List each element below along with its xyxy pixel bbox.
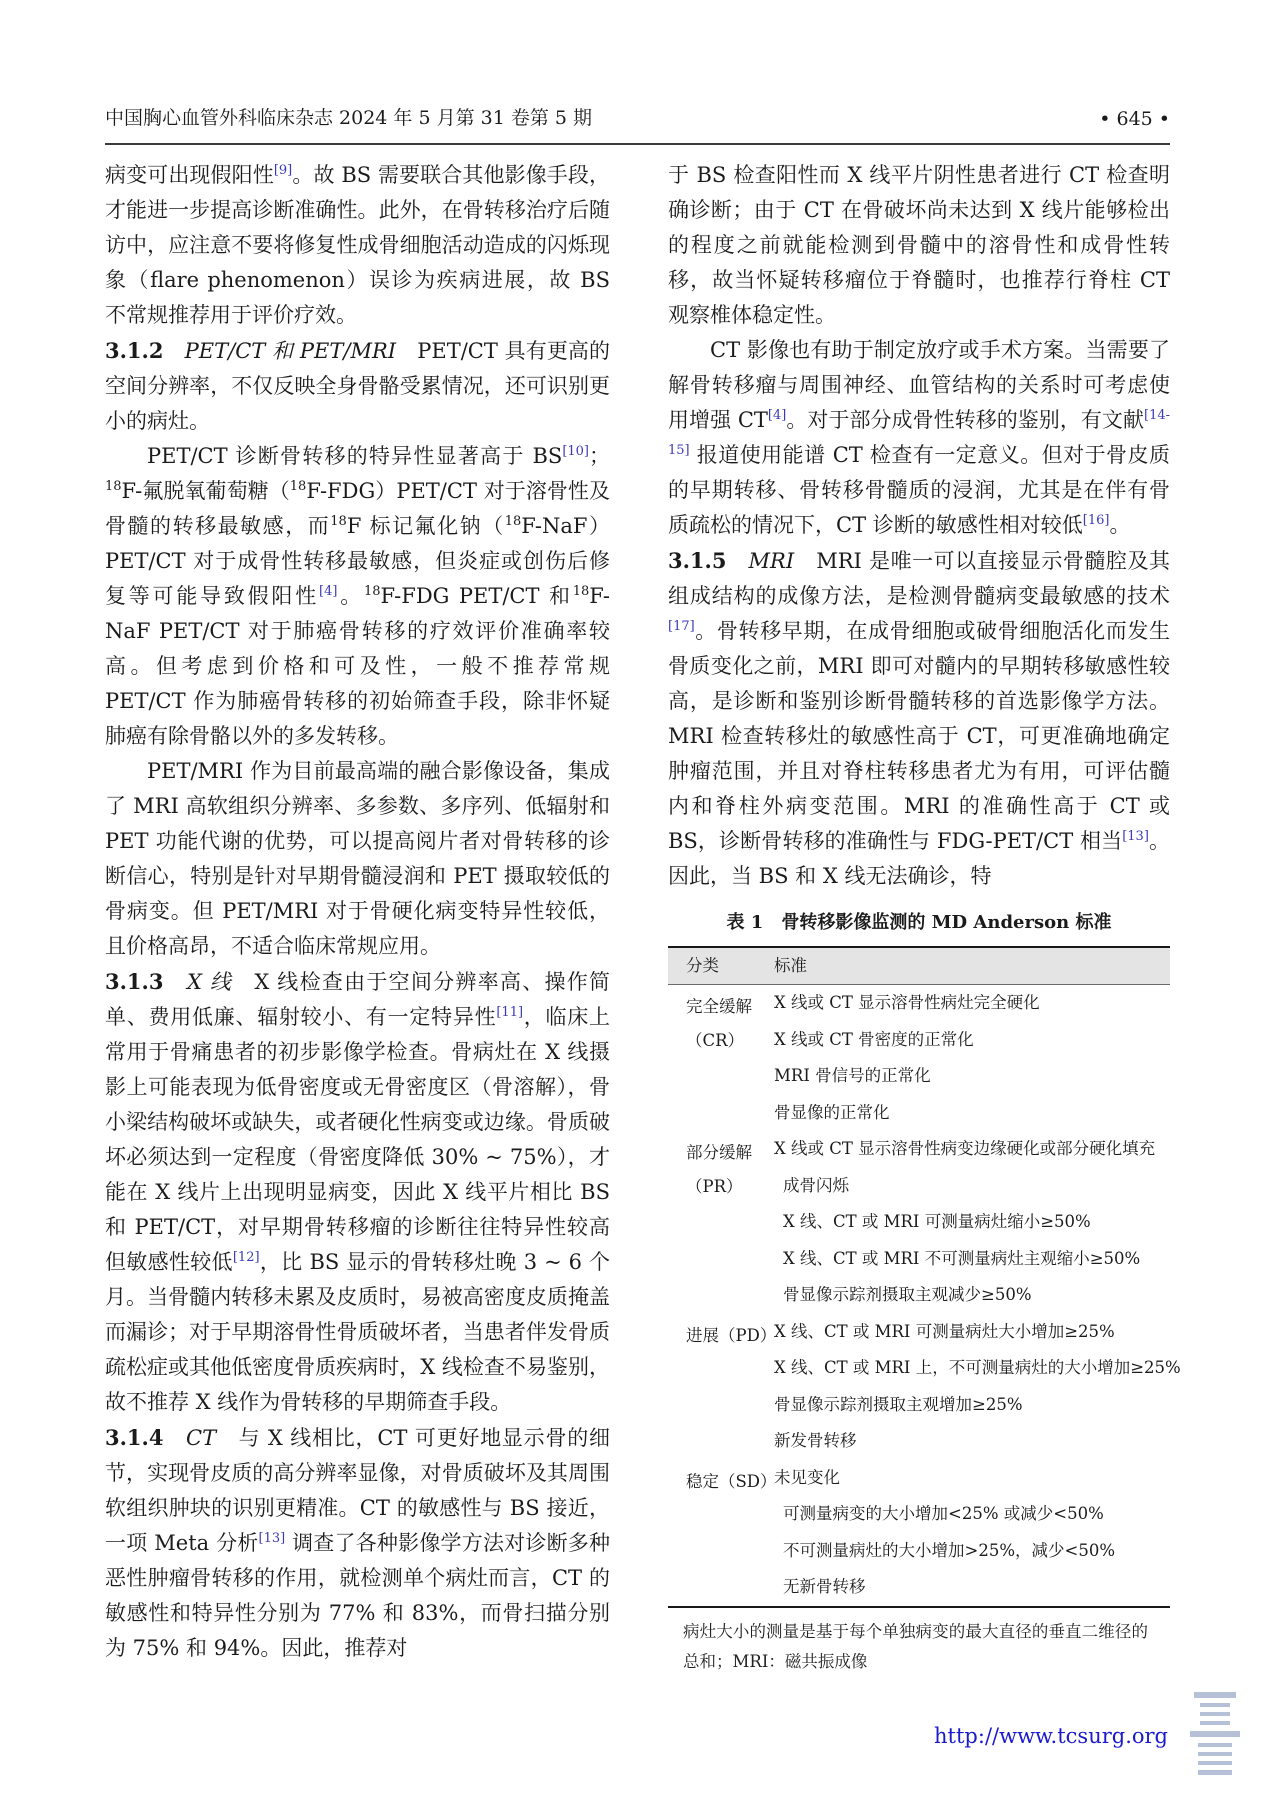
paragraph: 病变可出现假阳性[9]。故 BS 需要联合其他影像手段，才能进一步提高诊断准确性… bbox=[105, 158, 610, 333]
table-body: 完全缓解（CR）X 线或 CT 显示溶骨性病灶完全硬化X 线或 CT 骨密度的正… bbox=[668, 985, 1170, 1606]
text-run bbox=[163, 970, 187, 994]
criteria-line: 成骨闪烁 bbox=[774, 1168, 1170, 1205]
category-line: 完全缓解 bbox=[686, 990, 774, 1024]
paragraph: 3.1.5 MRI MRI 是唯一可以直接显示骨髓腔及其组成结构的成像方法，是检… bbox=[668, 543, 1170, 894]
text-run: F-氟脱氧葡萄糖（ bbox=[122, 479, 290, 503]
citation-ref: [10] bbox=[562, 444, 589, 459]
citation-ref: [13] bbox=[259, 1531, 286, 1546]
text-run: ，比 BS 显示的骨转移灶晚 3 ~ 6 个月。当骨髓内转移未累及皮质时，易被高… bbox=[105, 1250, 610, 1414]
text-run: PET/CT 和 PET/MRI bbox=[185, 339, 396, 363]
table-row: 进展（PD）X 线、CT 或 MRI 可测量病灶大小增加≥25%X 线、CT 或… bbox=[668, 1314, 1170, 1460]
criteria-line: X 线、CT 或 MRI 上，不可测量病灶的大小增加≥25% bbox=[774, 1350, 1181, 1387]
text-run: 。骨转移早期，在成骨细胞或破骨细胞活化而发生骨质变化之前，MRI 即可对髓内的早… bbox=[668, 619, 1170, 853]
criteria-line: 无新骨转移 bbox=[774, 1569, 1170, 1606]
citation-ref: [16] bbox=[1083, 513, 1110, 528]
text-run: 3.1.3 bbox=[105, 969, 163, 994]
citation-ref: [9] bbox=[274, 163, 292, 178]
text-run: 3.1.2 bbox=[105, 338, 163, 363]
citation-ref: [11] bbox=[496, 1005, 523, 1020]
criteria-line: MRI 骨信号的正常化 bbox=[774, 1058, 1170, 1095]
text-run: F 标记氟化钠（ bbox=[347, 514, 505, 538]
category-line: 进展（PD） bbox=[686, 1319, 774, 1353]
citation-ref: [13] bbox=[1122, 829, 1149, 844]
category-cell: 稳定（SD） bbox=[686, 1460, 774, 1606]
page-number: • 645 • bbox=[1099, 108, 1170, 130]
left-column: 病变可出现假阳性[9]。故 BS 需要联合其他影像手段，才能进一步提高诊断准确性… bbox=[105, 158, 610, 1677]
table-row: 稳定（SD）未见变化可测量病变的大小增加<25% 或减少<50%不可测量病灶的大… bbox=[668, 1460, 1170, 1606]
text-run: 。 bbox=[337, 584, 364, 608]
table-row: 部分缓解（PR）X 线或 CT 显示溶骨性病变边缘硬化或部分硬化填充成骨闪烁X … bbox=[668, 1131, 1170, 1314]
paragraph: 3.1.2 PET/CT 和 PET/MRI PET/CT 具有更高的空间分辨率… bbox=[105, 333, 610, 439]
text-run: PET/CT 诊断骨转移的特异性显著高于 BS bbox=[147, 444, 562, 468]
table-row: 完全缓解（CR）X 线或 CT 显示溶骨性病灶完全硬化X 线或 CT 骨密度的正… bbox=[668, 985, 1170, 1131]
text-run bbox=[726, 549, 748, 573]
text-run: 18 bbox=[330, 514, 347, 529]
category-cell: 完全缓解（CR） bbox=[686, 985, 774, 1131]
text-run bbox=[163, 339, 184, 363]
category-cell: 部分缓解（PR） bbox=[686, 1131, 774, 1314]
category-line: （CR） bbox=[686, 1024, 774, 1058]
criteria-line: X 线或 CT 显示溶骨性病变边缘硬化或部分硬化填充 bbox=[774, 1131, 1170, 1168]
two-column-body: 病变可出现假阳性[9]。故 BS 需要联合其他影像手段，才能进一步提高诊断准确性… bbox=[105, 158, 1170, 1677]
text-run: 3.1.4 bbox=[105, 1425, 163, 1450]
criteria-line: X 线或 CT 显示溶骨性病灶完全硬化 bbox=[774, 985, 1170, 1022]
criteria-cell: X 线、CT 或 MRI 可测量病灶大小增加≥25%X 线、CT 或 MRI 上… bbox=[774, 1314, 1181, 1460]
text-run: 3.1.5 bbox=[668, 548, 726, 573]
paragraph: PET/MRI 作为目前最高端的融合影像设备，集成了 MRI 高软组织分辨率、多… bbox=[105, 754, 610, 964]
citation-ref: [4] bbox=[319, 584, 337, 599]
paragraph: 于 BS 检查阳性而 X 线平片阴性患者进行 CT 检查明确诊断；由于 CT 在… bbox=[668, 158, 1170, 333]
column-header-category: 分类 bbox=[686, 954, 774, 978]
criteria-line: 不可测量病灶的大小增加>25%，减少<50% bbox=[774, 1533, 1170, 1570]
text-run: 18 bbox=[105, 479, 122, 494]
citation-ref: [4] bbox=[768, 408, 786, 423]
criteria-cell: X 线或 CT 显示溶骨性病灶完全硬化X 线或 CT 骨密度的正常化MRI 骨信… bbox=[774, 985, 1170, 1131]
category-line: 部分缓解 bbox=[686, 1136, 774, 1170]
criteria-line: X 线或 CT 骨密度的正常化 bbox=[774, 1022, 1170, 1059]
text-run: 18 bbox=[364, 584, 381, 599]
criteria-line: 骨显像示踪剂摄取主观减少≥50% bbox=[774, 1277, 1170, 1314]
citation-ref: [17] bbox=[668, 619, 695, 634]
table-title: 表 1 骨转移影像监测的 MD Anderson 标准 bbox=[668, 910, 1170, 936]
category-cell: 进展（PD） bbox=[686, 1314, 774, 1460]
criteria-line: X 线、CT 或 MRI 不可测量病灶主观缩小≥50% bbox=[774, 1241, 1170, 1278]
text-run: F-NaF PET/CT 对于肺癌骨转移的疗效评价准确率较高。但考虑到价格和可及… bbox=[105, 584, 610, 748]
criteria-line: 未见变化 bbox=[774, 1460, 1170, 1497]
paragraph: 3.1.3 X 线 X 线检查由于空间分辨率高、操作简单、费用低廉、辐射较小、有… bbox=[105, 964, 610, 1420]
text-run: 18 bbox=[573, 584, 590, 599]
right-column: 于 BS 检查阳性而 X 线平片阴性患者进行 CT 检查明确诊断；由于 CT 在… bbox=[668, 158, 1170, 1677]
text-run: 18 bbox=[290, 479, 307, 494]
paragraph: 3.1.4 CT 与 X 线相比，CT 可更好地显示骨的细节，实现骨皮质的高分辨… bbox=[105, 1420, 610, 1666]
text-run: 病变可出现假阳性 bbox=[105, 163, 274, 187]
criteria-line: X 线、CT 或 MRI 可测量病灶缩小≥50% bbox=[774, 1204, 1170, 1241]
table-header-row: 分类 标准 bbox=[668, 948, 1170, 985]
page-header: 中国胸心血管外科临床杂志 2024 年 5 月第 31 卷第 5 期 • 645… bbox=[105, 103, 1170, 145]
criteria-line: 骨显像的正常化 bbox=[774, 1095, 1170, 1132]
text-run: PET/MRI 作为目前最高端的融合影像设备，集成了 MRI 高软组织分辨率、多… bbox=[105, 759, 610, 958]
journal-logo bbox=[1188, 1690, 1242, 1778]
paragraph: PET/CT 诊断骨转移的特异性显著高于 BS[10]；18F-氟脱氧葡萄糖（1… bbox=[105, 439, 610, 754]
journal-page: 中国胸心血管外科临床杂志 2024 年 5 月第 31 卷第 5 期 • 645… bbox=[0, 0, 1280, 1811]
category-line: （PR） bbox=[686, 1170, 774, 1204]
criteria-table: 分类 标准 完全缓解（CR）X 线或 CT 显示溶骨性病灶完全硬化X 线或 CT… bbox=[668, 946, 1170, 1608]
text-run: 。故 BS 需要联合其他影像手段，才能进一步提高诊断准确性。此外，在骨转移治疗后… bbox=[105, 163, 610, 327]
text-run: X 线 bbox=[187, 970, 232, 994]
criteria-line: 新发骨转移 bbox=[774, 1423, 1181, 1460]
text-run: F-FDG PET/CT 和 bbox=[381, 584, 573, 608]
text-run: ； bbox=[589, 444, 610, 468]
text-run bbox=[163, 1426, 186, 1450]
text-run: 。对于部分成骨性转移的鉴别，有文献 bbox=[786, 408, 1144, 432]
journal-title: 中国胸心血管外科临床杂志 2024 年 5 月第 31 卷第 5 期 bbox=[105, 103, 592, 130]
text-run: CT bbox=[186, 1426, 216, 1450]
text-run: 于 BS 检查阳性而 X 线平片阴性患者进行 CT 检查明确诊断；由于 CT 在… bbox=[668, 163, 1170, 327]
criteria-line: X 线、CT 或 MRI 可测量病灶大小增加≥25% bbox=[774, 1314, 1181, 1351]
text-run: 18 bbox=[505, 514, 522, 529]
right-column-paragraphs: 于 BS 检查阳性而 X 线平片阴性患者进行 CT 检查明确诊断；由于 CT 在… bbox=[668, 158, 1170, 894]
criteria-cell: 未见变化可测量病变的大小增加<25% 或减少<50%不可测量病灶的大小增加>25… bbox=[774, 1460, 1170, 1606]
criteria-line: 骨显像示踪剂摄取主观增加≥25% bbox=[774, 1387, 1181, 1424]
citation-ref: [12] bbox=[233, 1250, 260, 1265]
table-footnote: 病灶大小的测量是基于每个单独病变的最大直径的垂直二维径的总和；MRI：磁共振成像 bbox=[668, 1617, 1170, 1677]
journal-url-link[interactable]: http://www.tcsurg.org bbox=[934, 1722, 1168, 1750]
criteria-cell: X 线或 CT 显示溶骨性病变边缘硬化或部分硬化填充成骨闪烁X 线、CT 或 M… bbox=[774, 1131, 1170, 1314]
text-run: ，临床上常用于骨痛患者的初步影像学检查。骨病灶在 X 线摄影上可能表现为低骨密度… bbox=[105, 1005, 610, 1274]
paragraph: CT 影像也有助于制定放疗或手术方案。当需要了解骨转移瘤与周围神经、血管结构的关… bbox=[668, 333, 1170, 543]
column-header-criteria: 标准 bbox=[774, 954, 807, 978]
text-run: 。 bbox=[1109, 513, 1130, 537]
text-run: MRI bbox=[749, 549, 795, 573]
category-line: 稳定（SD） bbox=[686, 1465, 774, 1499]
criteria-line: 可测量病变的大小增加<25% 或减少<50% bbox=[774, 1496, 1170, 1533]
journal-logo-glyph bbox=[1188, 1690, 1242, 1778]
